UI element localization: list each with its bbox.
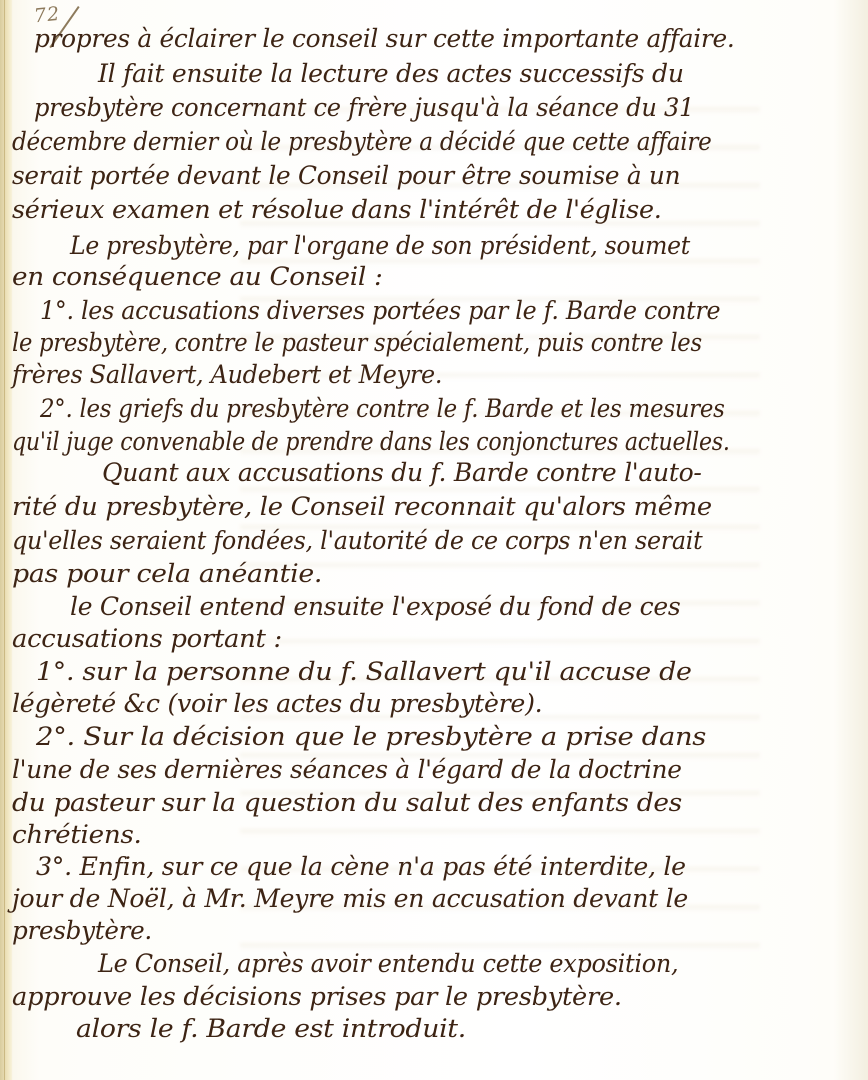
text-line: légèreté &c (voir les actes du presbytèr… bbox=[12, 689, 542, 718]
text-line: 2°. les griefs du presbytère contre le f… bbox=[40, 394, 725, 423]
handwritten-text-block: propres à éclairer le conseil sur cette … bbox=[0, 0, 868, 1080]
text-line: l'une de ses dernières séances à l'égard… bbox=[12, 755, 682, 784]
manuscript-page: 72 propres à éclairer le conseil sur cet… bbox=[0, 0, 868, 1080]
text-line: pas pour cela anéantie. bbox=[12, 559, 322, 588]
text-line: alors le f. Barde est introduit. bbox=[76, 1014, 466, 1043]
text-line: 2°. Sur la décision que le presbytère a … bbox=[36, 722, 706, 751]
text-line: 1°. les accusations diverses portées par… bbox=[40, 296, 720, 325]
text-line: le presbytère, contre le pasteur spécial… bbox=[12, 328, 702, 357]
text-line: décembre dernier où le presbytère a déci… bbox=[12, 127, 712, 156]
text-line: Il fait ensuite la lecture des actes suc… bbox=[98, 59, 684, 88]
text-line: jour de Noël, à Mr. Meyre mis en accusat… bbox=[12, 884, 688, 913]
text-line: Le Conseil, après avoir entendu cette ex… bbox=[98, 949, 678, 978]
text-line: propres à éclairer le conseil sur cette … bbox=[34, 24, 734, 53]
text-line: approuve les décisions prises par le pre… bbox=[12, 982, 622, 1011]
text-line: Le presbytère, par l'organe de son prési… bbox=[70, 231, 690, 260]
text-line: qu'elles seraient fondées, l'autorité de… bbox=[12, 526, 702, 555]
text-line: du pasteur sur la question du salut des … bbox=[12, 788, 682, 817]
text-line: Quant aux accusations du f. Barde contre… bbox=[102, 458, 702, 487]
text-line: frères Sallavert, Audebert et Meyre. bbox=[12, 360, 442, 389]
text-line: 1°. sur la personne du f. Sallavert qu'i… bbox=[36, 657, 692, 686]
text-line: 3°. Enfin, sur ce que la cène n'a pas ét… bbox=[36, 852, 686, 881]
text-line: le Conseil entend ensuite l'exposé du fo… bbox=[70, 592, 680, 621]
text-line: rité du presbytère, le Conseil reconnait… bbox=[12, 492, 712, 521]
text-line: sérieux examen et résolue dans l'intérêt… bbox=[12, 195, 662, 224]
text-line: qu'il juge convenable de prendre dans le… bbox=[12, 427, 730, 456]
text-line: en conséquence au Conseil : bbox=[12, 262, 383, 291]
text-line: presbytère concernant ce frère jusqu'à l… bbox=[34, 93, 694, 122]
text-line: chrétiens. bbox=[12, 820, 142, 849]
text-line: serait portée devant le Conseil pour êtr… bbox=[12, 161, 680, 190]
text-line: presbytère. bbox=[12, 916, 152, 945]
text-line: accusations portant : bbox=[12, 624, 282, 653]
